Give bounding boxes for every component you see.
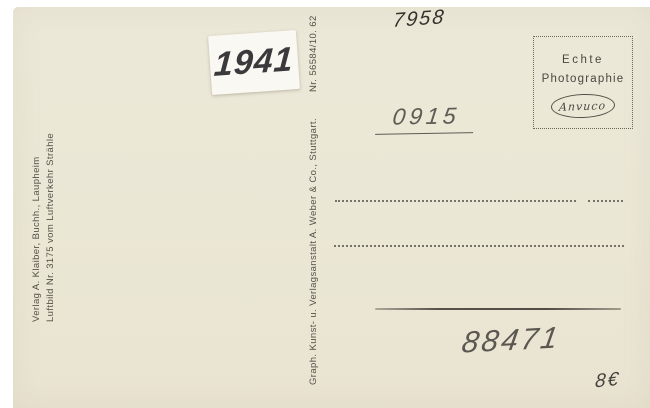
stamp-box-line-1: Echte [534, 54, 632, 66]
scan-background: { "postcard": { "publisher": { "line1": … [0, 0, 650, 408]
handwritten-price: 8€ [594, 369, 621, 394]
printer-name: Graph. Kunst- u. Verlagsanstalt A. Weber… [307, 118, 322, 385]
handwritten-bottom-number: 88471 [459, 321, 563, 360]
address-solid-line [375, 308, 621, 310]
brand-script-text: Anvuco [559, 99, 607, 114]
handwritten-top-number: 7958 [392, 6, 447, 33]
printer-number: Nr. 56584/10. 62 [307, 15, 322, 92]
address-dotted-line-1-end [588, 200, 623, 202]
stamp-box: Echte Photographie Anvuco [533, 36, 633, 129]
sticker-year-text: 1941 [213, 40, 295, 85]
stamp-box-line-2: Photographie [534, 73, 632, 85]
postcard-back: Verlag A. Klaiber, Buchh., Laupheim Luft… [13, 7, 650, 408]
handwritten-reference-number: 0915 [375, 102, 477, 135]
publisher-imprint: Verlag A. Klaiber, Buchh., Laupheim Luft… [30, 107, 60, 322]
year-sticker: 1941 [208, 30, 300, 95]
address-dotted-line-1 [335, 200, 576, 202]
publisher-line-2: Luftbild Nr. 3175 vom Luftverkehr Strähl… [44, 107, 58, 322]
publisher-line-1: Verlag A. Klaiber, Buchh., Laupheim [30, 107, 44, 322]
printer-imprint: Graph. Kunst- u. Verlagsanstalt A. Weber… [307, 33, 322, 385]
address-dotted-line-2 [334, 245, 624, 247]
brand-oval-logo: Anvuco [551, 93, 616, 119]
